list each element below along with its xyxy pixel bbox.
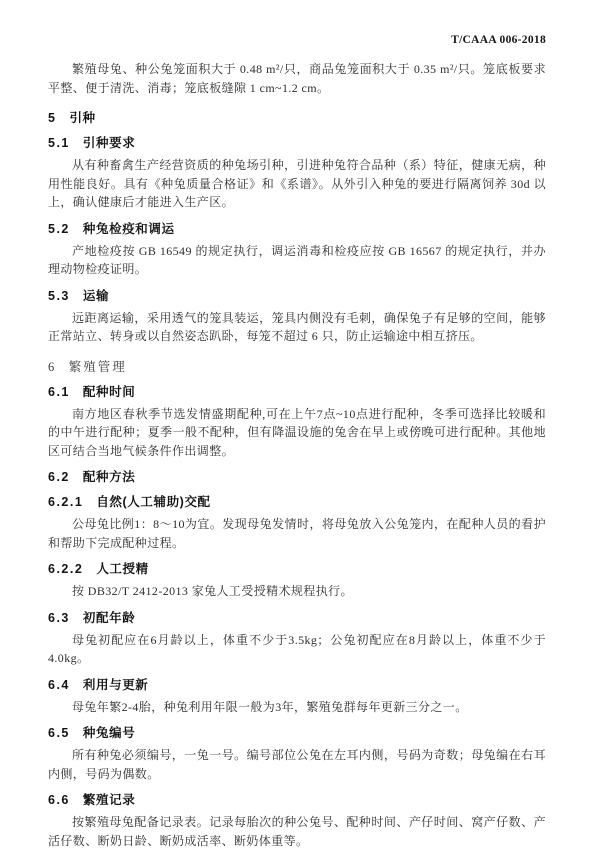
section-number: 5 [48, 110, 56, 126]
section-6-2-heading: 6.2配种方法 [48, 469, 546, 485]
section-6-4-paragraph: 母兔年繁2-4胎，种兔利用年限一般为3年，繁殖兔群每年更新三分之一。 [48, 698, 546, 717]
section-6-2-2-heading: 6.2.2人工授精 [48, 561, 546, 577]
section-number: 6.6 [48, 792, 70, 808]
section-number: 5.1 [48, 135, 70, 151]
section-title: 自然(人工辅助)交配 [96, 495, 210, 509]
section-6-5-heading: 6.5种兔编号 [48, 725, 546, 741]
section-title: 利用与更新 [83, 678, 149, 692]
section-6-2-1-heading: 6.2.1自然(人工辅助)交配 [48, 494, 546, 510]
section-number: 6 [48, 359, 56, 375]
section-6-3-heading: 6.3初配年龄 [48, 610, 546, 626]
section-title: 引种要求 [83, 136, 135, 150]
intro-paragraph: 繁殖母兔、种公兔笼面积大于 0.48 m²/只，商品兔笼面积大于 0.35 m²… [48, 60, 546, 97]
section-title: 配种时间 [83, 385, 135, 399]
section-5-1-paragraph: 从有种畜禽生产经营资质的种兔场引种，引进种兔符合品种（系）特征，健康无病，种用性… [48, 156, 546, 212]
section-6-heading: 6繁殖管理 [48, 359, 546, 375]
section-title: 种兔检疫和调运 [83, 222, 175, 236]
section-6-1-heading: 6.1配种时间 [48, 384, 546, 400]
section-5-3-paragraph: 远距离运输，采用透气的笼具装运，笼具内侧没有毛刺，确保兔子有足够的空间，能够正常… [48, 309, 546, 346]
doc-code: T/CAAA 006-2018 [48, 32, 546, 48]
section-5-1-heading: 5.1引种要求 [48, 135, 546, 151]
section-number: 6.4 [48, 677, 70, 693]
section-title: 种兔编号 [83, 726, 135, 740]
section-5-2-heading: 5.2种兔检疫和调运 [48, 221, 546, 237]
section-5-3-heading: 5.3运输 [48, 288, 546, 304]
section-number: 5.3 [48, 288, 70, 304]
section-6-1-paragraph: 南方地区春秋季节选发情盛期配种,可在上午7点~10点进行配种，冬季可选择比较暖和… [48, 405, 546, 461]
section-6-3-paragraph: 母兔初配应在6月龄以上，体重不少于3.5kg；公兔初配应在8月龄以上，体重不少于… [48, 631, 546, 668]
section-title: 初配年龄 [83, 611, 135, 625]
section-title: 配种方法 [83, 470, 135, 484]
section-6-2-2-paragraph: 按 DB32/T 2412-2013 家兔人工受授精术规程执行。 [48, 582, 546, 601]
section-number: 6.2 [48, 469, 70, 485]
document-page: T/CAAA 006-2018 繁殖母兔、种公兔笼面积大于 0.48 m²/只，… [0, 0, 590, 854]
section-6-6-heading: 6.6繁殖记录 [48, 792, 546, 808]
section-6-4-heading: 6.4利用与更新 [48, 677, 546, 693]
section-6-5-paragraph: 所有种兔必须编号，一兔一号。编号部位公兔在左耳内侧，号码为奇数；母兔编在右耳内侧… [48, 746, 546, 783]
section-6-2-1-paragraph: 公母兔比例1：8～10为宜。发现母兔发情时，将母兔放入公兔笼内，在配种人员的看护… [48, 515, 546, 552]
section-title: 运输 [83, 289, 109, 303]
section-5-2-paragraph: 产地检疫按 GB 16549 的规定执行，调运消毒和检疫应按 GB 16567 … [48, 242, 546, 279]
section-number: 5.2 [48, 221, 70, 237]
section-title: 繁殖管理 [69, 360, 127, 374]
section-number: 6.3 [48, 610, 70, 626]
section-title: 繁殖记录 [83, 793, 135, 807]
section-title: 引种 [69, 111, 95, 125]
section-number: 6.1 [48, 384, 70, 400]
section-number: 6.2.2 [48, 561, 83, 577]
section-title: 人工授精 [96, 562, 148, 576]
section-5-heading: 5引种 [48, 110, 546, 126]
section-6-6-paragraph: 按繁殖母兔配备记录表。记录每胎次的种公兔号、配种时间、产仔时间、窝产仔数、产活仔… [48, 813, 546, 850]
section-number: 6.2.1 [48, 494, 83, 510]
section-number: 6.5 [48, 725, 70, 741]
